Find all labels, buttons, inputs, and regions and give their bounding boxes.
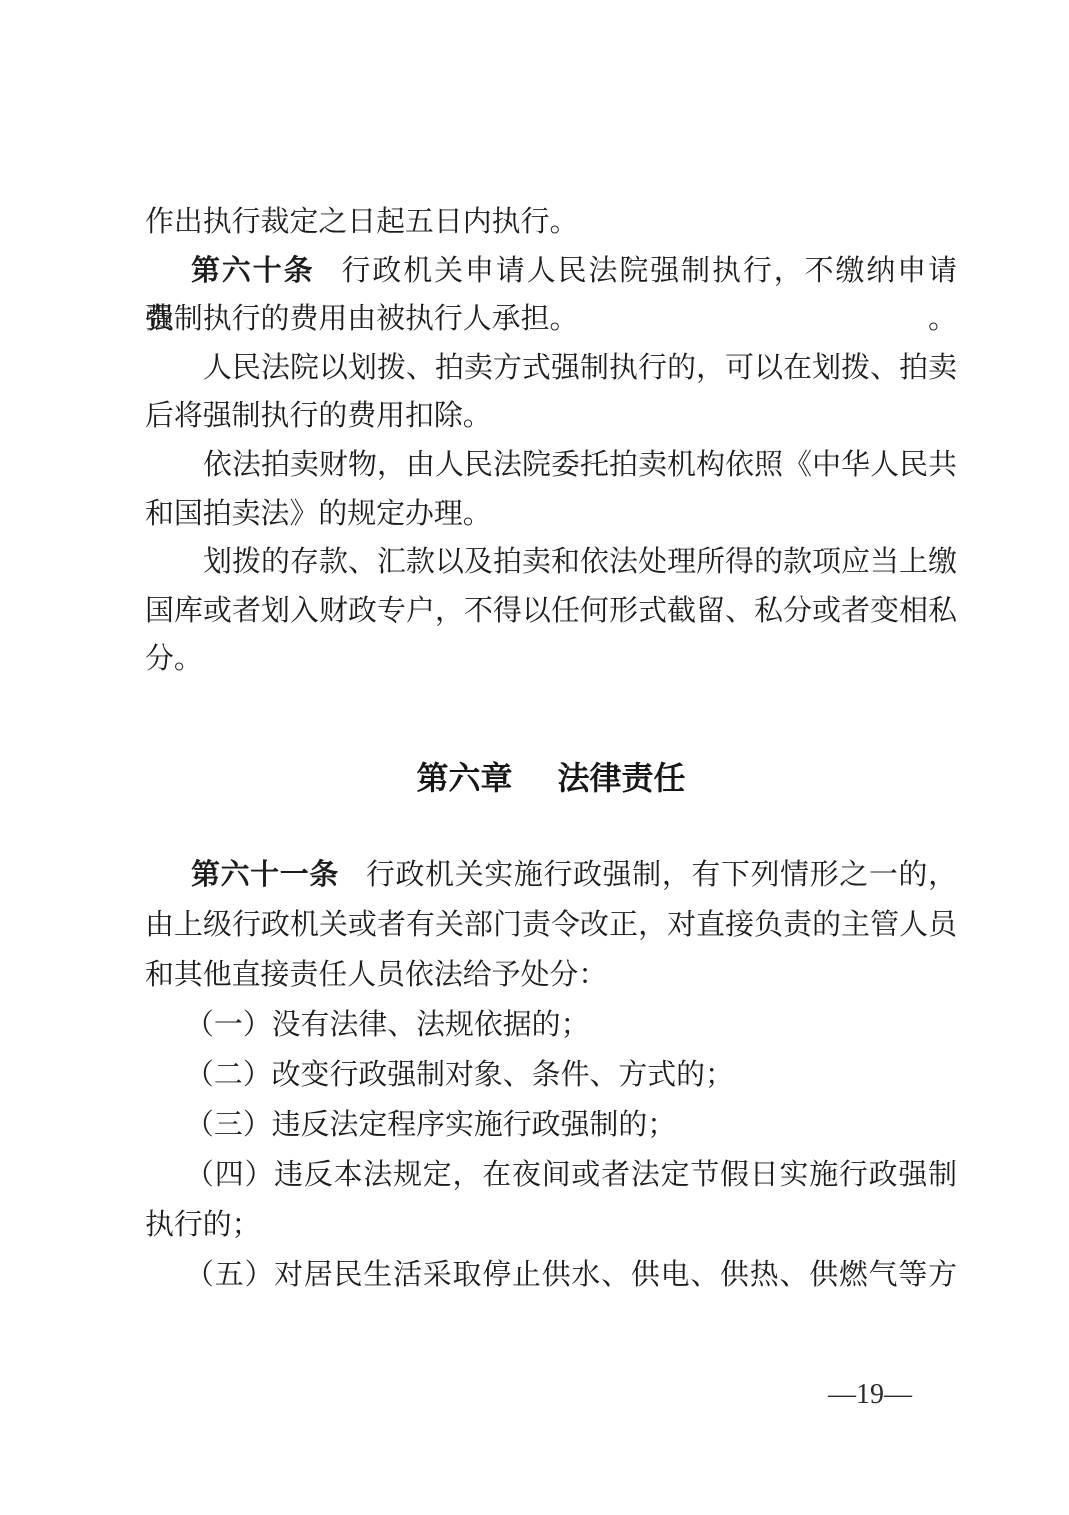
article-61-text-block: 第六十一条行政机关实施行政强制，有下列情形之一的，由上级行政机关或者有关部门责令… bbox=[145, 850, 957, 1300]
text-line: 分。 bbox=[145, 635, 957, 684]
text-line: （一）没有法律、法规依据的； bbox=[145, 1000, 957, 1050]
text-line: 和国拍卖法》的规定办理。 bbox=[145, 490, 957, 539]
text-line: 划拨的存款、汇款以及拍卖和依法处理所得的款项应当上缴 bbox=[145, 538, 957, 587]
page-number: —19— bbox=[828, 1378, 912, 1412]
article-number-label: 第六十一条 bbox=[191, 859, 339, 891]
article-number-label: 第六十条 bbox=[191, 255, 315, 287]
page-content: 作出执行裁定之日起五日内执行。第六十条行政机关申请人民法院强制执行，不缴纳申请费… bbox=[145, 198, 957, 1300]
text-line: 第六十一条行政机关实施行政强制，有下列情形之一的， bbox=[145, 850, 957, 900]
text-line: 执行的； bbox=[145, 1200, 957, 1250]
text-line: 由上级行政机关或者有关部门责令改正，对直接负责的主管人员 bbox=[145, 900, 957, 950]
document-page: 作出执行裁定之日起五日内执行。第六十条行政机关申请人民法院强制执行，不缴纳申请费… bbox=[0, 0, 1069, 1515]
chapter-title: 法律责任 bbox=[557, 760, 685, 796]
text-line: 和其他直接责任人员依法给予处分： bbox=[145, 950, 957, 1000]
text-line: （四）违反本法规定，在夜间或者法定节假日实施行政强制 bbox=[145, 1150, 957, 1200]
chapter-number: 第六章 bbox=[417, 760, 513, 796]
text-line: （二）改变行政强制对象、条件、方式的； bbox=[145, 1050, 957, 1100]
text-line: 后将强制执行的费用扣除。 bbox=[145, 392, 957, 441]
text-line: 作出执行裁定之日起五日内执行。 bbox=[145, 198, 957, 247]
text-line: 国库或者划入财政专户，不得以任何形式截留、私分或者变相私 bbox=[145, 587, 957, 636]
text-line: 依法拍卖财物，由人民法院委托拍卖机构依照《中华人民共 bbox=[145, 441, 957, 490]
text-line: （三）违反法定程序实施行政强制的； bbox=[145, 1100, 957, 1150]
article-body-text: 行政机关实施行政强制，有下列情形之一的， bbox=[366, 859, 957, 891]
chapter-heading: 第六章 法律责任 bbox=[145, 753, 957, 803]
text-line: 人民法院以划拨、拍卖方式强制执行的，可以在划拨、拍卖 bbox=[145, 344, 957, 393]
article-60-text-block: 作出执行裁定之日起五日内执行。第六十条行政机关申请人民法院强制执行，不缴纳申请费… bbox=[145, 198, 957, 684]
text-line: 第六十条行政机关申请人民法院强制执行，不缴纳申请费。 bbox=[145, 247, 957, 296]
text-line: （五）对居民生活采取停止供水、供电、供热、供燃气等方 bbox=[145, 1250, 957, 1300]
